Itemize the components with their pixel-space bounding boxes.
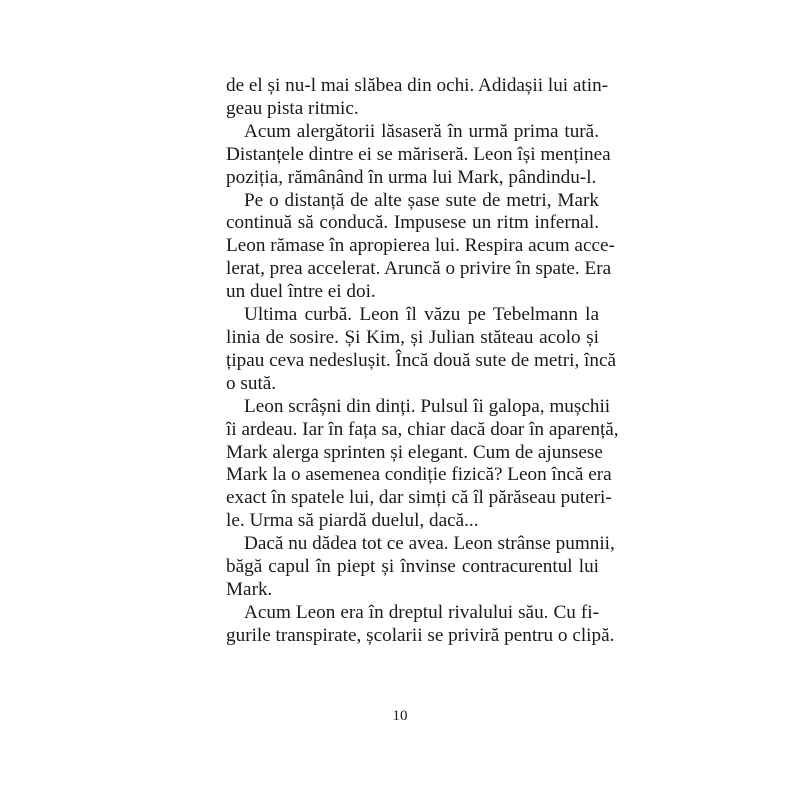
text-line: gurile transpirate, școlarii se priviră … bbox=[226, 625, 599, 648]
paragraph-5: Leon scrâșni din dinți. Pulsul îi galopa… bbox=[226, 396, 599, 533]
paragraph-3: Pe o distanță de alte șase sute de metri… bbox=[226, 190, 599, 305]
text-line: Leon scrâșni din dinți. Pulsul îi galopa… bbox=[226, 396, 599, 419]
page-number: 10 bbox=[0, 708, 800, 725]
text-line: Distanțele dintre ei se măriseră. Leon î… bbox=[226, 144, 599, 167]
text-line: țipau ceva nedeslușit. Încă două sute de… bbox=[226, 350, 599, 373]
book-page-text: de el și nu-l mai slăbea din ochi. Adida… bbox=[226, 75, 599, 648]
text-line: Leon rămase în apropierea lui. Respira a… bbox=[226, 235, 599, 258]
text-line: un duel între ei doi. bbox=[226, 281, 599, 304]
text-line: lerat, prea accelerat. Aruncă o privire … bbox=[226, 258, 599, 281]
paragraph-6: Dacă nu dădea tot ce avea. Leon strânse … bbox=[226, 533, 599, 602]
text-line: Mark alerga sprinten și elegant. Cum de … bbox=[226, 442, 599, 465]
text-line: geau pista ritmic. bbox=[226, 98, 599, 121]
text-line: Ultima curbă. Leon îl văzu pe Tebelmann … bbox=[226, 304, 599, 327]
text-line: continuă să conducă. Impusese un ritm in… bbox=[226, 212, 599, 235]
text-line: exact în spatele lui, dar simți că îl pă… bbox=[226, 487, 599, 510]
paragraph-4: Ultima curbă. Leon îl văzu pe Tebelmann … bbox=[226, 304, 599, 396]
text-line: de el și nu-l mai slăbea din ochi. Adida… bbox=[226, 75, 599, 98]
text-line: linia de sosire. Și Kim, și Julian stăte… bbox=[226, 327, 599, 350]
text-line: Dacă nu dădea tot ce avea. Leon strânse … bbox=[226, 533, 599, 556]
text-line: Acum Leon era în dreptul rivalului său. … bbox=[226, 602, 599, 625]
text-line: poziția, rămânând în urma lui Mark, pând… bbox=[226, 167, 599, 190]
paragraph-1: de el și nu-l mai slăbea din ochi. Adida… bbox=[226, 75, 599, 121]
text-line: o sută. bbox=[226, 373, 599, 396]
text-line: îi ardeau. Iar în fața sa, chiar dacă do… bbox=[226, 419, 599, 442]
text-line: băgă capul în piept și învinse contracur… bbox=[226, 556, 599, 579]
text-line: le. Urma să piardă duelul, dacă... bbox=[226, 510, 599, 533]
paragraph-2: Acum alergătorii lăsaseră în urmă prima … bbox=[226, 121, 599, 190]
text-line: Pe o distanță de alte șase sute de metri… bbox=[226, 190, 599, 213]
text-line: Acum alergătorii lăsaseră în urmă prima … bbox=[226, 121, 599, 144]
text-line: Mark la o asemenea condiție fizică? Leon… bbox=[226, 464, 599, 487]
text-line: Mark. bbox=[226, 579, 599, 602]
paragraph-7: Acum Leon era în dreptul rivalului său. … bbox=[226, 602, 599, 648]
